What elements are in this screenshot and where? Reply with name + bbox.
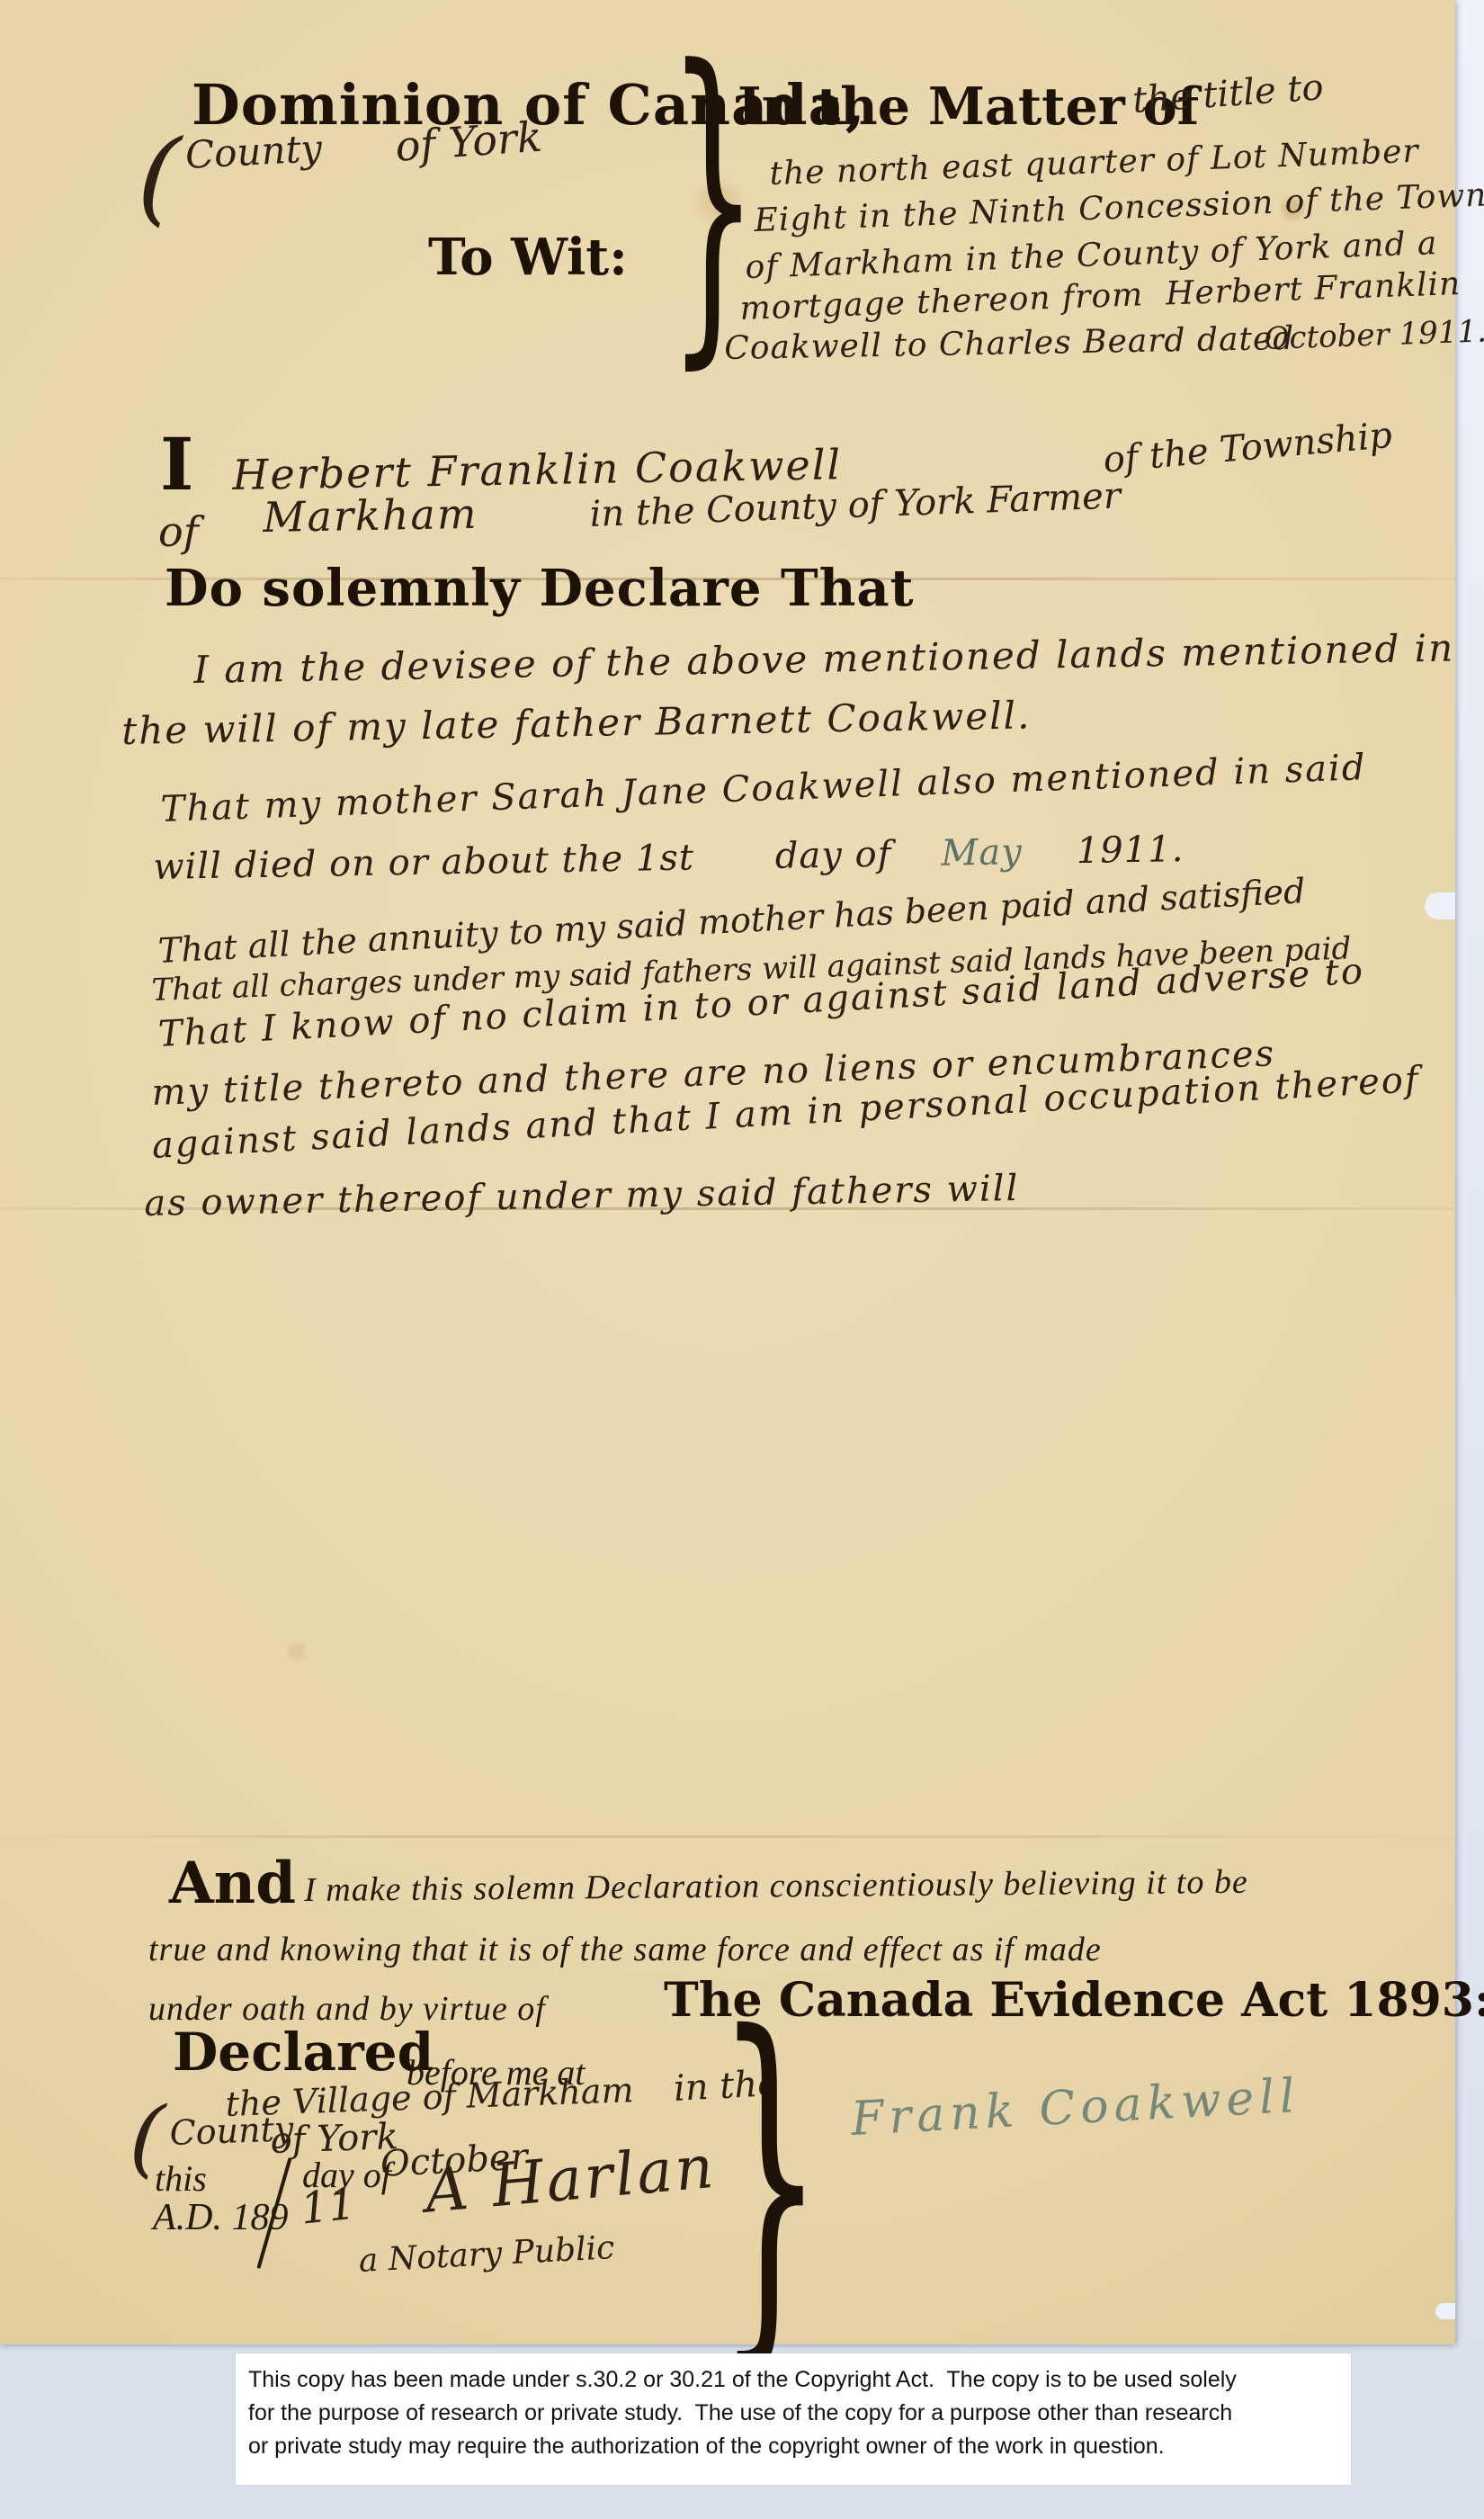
blank-gap [694,868,775,870]
matter-date-handwritten: October 1911. [1264,316,1484,354]
declaration-line: as owner thereof under my said fathers w… [144,1170,1020,1222]
to-wit-label: To Wit: [428,232,628,282]
death-month-handwritten: May [941,831,1023,874]
declaration-line: I am the devisee of the above mentioned … [193,630,1455,689]
copyright-notice-line: This copy has been made under s.30.2 or … [236,2353,1351,2397]
declared-word: Declared [173,2026,434,2078]
matter-line: Coakwell to Charles Beard dated [724,323,1295,365]
declaration-line: the will of my late father Barnett Coakw… [121,696,1032,750]
death-line-pre: will died on or about the 1st [153,838,694,888]
declarant-of-word: of [158,511,199,552]
copyright-notice-line: for the purpose of research or private s… [236,2397,1351,2430]
death-year-handwritten: 1911. [1076,829,1184,872]
paper-sheet: Dominion of Canada, ( County of York To … [0,0,1455,2344]
paper-edge-tear [1435,2303,1455,2319]
notary-title-handwritten: a Notary Public [358,2232,615,2278]
declarant-i-initial: I [160,428,193,500]
declaration-line: That my mother Sarah Jane Coakwell also … [160,749,1367,828]
jurat-brace: } [716,2035,824,2323]
closing-line: true and knowing that it is of the same … [148,1932,1102,1967]
and-word: And [169,1855,296,1913]
county-handwritten: County [184,130,323,175]
declarant-place-handwritten: Markham [263,493,478,538]
declarant-township-handwritten: of the Township [1102,417,1393,479]
jurat-year-overwrite: 11 [299,2183,358,2231]
closing-line: I make this solemn Declaration conscient… [304,1865,1248,1907]
scanned-document-page: Dominion of Canada, ( County of York To … [0,0,1484,2519]
blank-gap [1023,863,1077,864]
declarant-signature-pencil: Frank Coakwell [850,2073,1301,2143]
declaration-death-date-line: will died on or about the 1stday ofMay19… [153,831,1185,885]
paper-edge-tear [1425,892,1455,919]
copyright-notice-line: or private study may require the authori… [236,2430,1351,2463]
do-solemnly-declare-heading: Do solemnly Declare That [165,563,914,614]
death-line-day-of: day of [774,834,891,877]
copyright-notice-box: This copy has been made under s.30.2 or … [236,2353,1351,2485]
county-flourish-paren: ( [135,124,183,230]
blank-gap [892,865,942,866]
in-the-matter-of-heading: In the Matter of [738,81,1199,132]
fold-crease [0,1835,1455,1838]
jurat-this-label: this [155,2161,207,2197]
of-york-handwritten: of York [394,116,543,167]
